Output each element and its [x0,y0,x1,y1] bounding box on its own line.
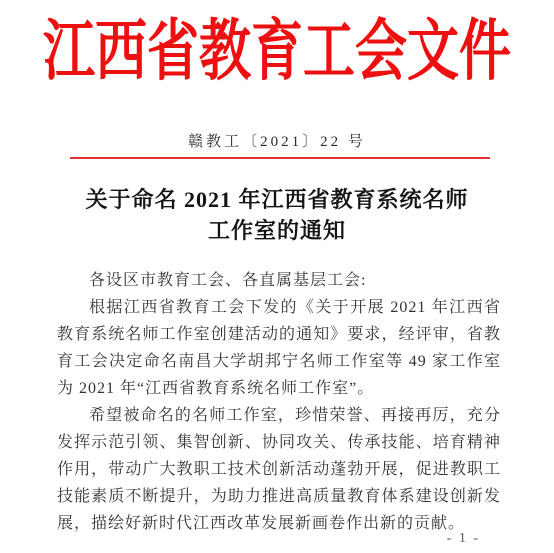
doc-body: 各设区市教育工会、各直属基层工会: 根据江西省教育工会下发的《关于开展 2021… [57,267,501,537]
red-divider-rule [70,157,490,159]
paragraph-1: 根据江西省教育工会下发的《关于开展 2021 年江西省教育系统名师工作室创建活动… [57,294,501,402]
salutation: 各设区市教育工会、各直属基层工会: [57,267,501,294]
red-header-banner: 江西省教育工会文件 [0,16,554,89]
doc-title-line2: 工作室的通知 [0,215,554,246]
paragraph-2: 希望被命名的名师工作室，珍惜荣誉、再接再厉，充分发挥示范引领、集智创新、协同攻关… [57,402,501,537]
doc-number: 赣教工〔2021〕22 号 [0,130,554,151]
doc-title-line1: 关于命名 2021 年江西省教育系统名师 [0,184,554,215]
doc-title: 关于命名 2021 年江西省教育系统名师 工作室的通知 [0,184,554,246]
page-number: - 1 - [447,531,480,547]
document-page: 江西省教育工会文件 赣教工〔2021〕22 号 关于命名 2021 年江西省教育… [0,0,554,553]
